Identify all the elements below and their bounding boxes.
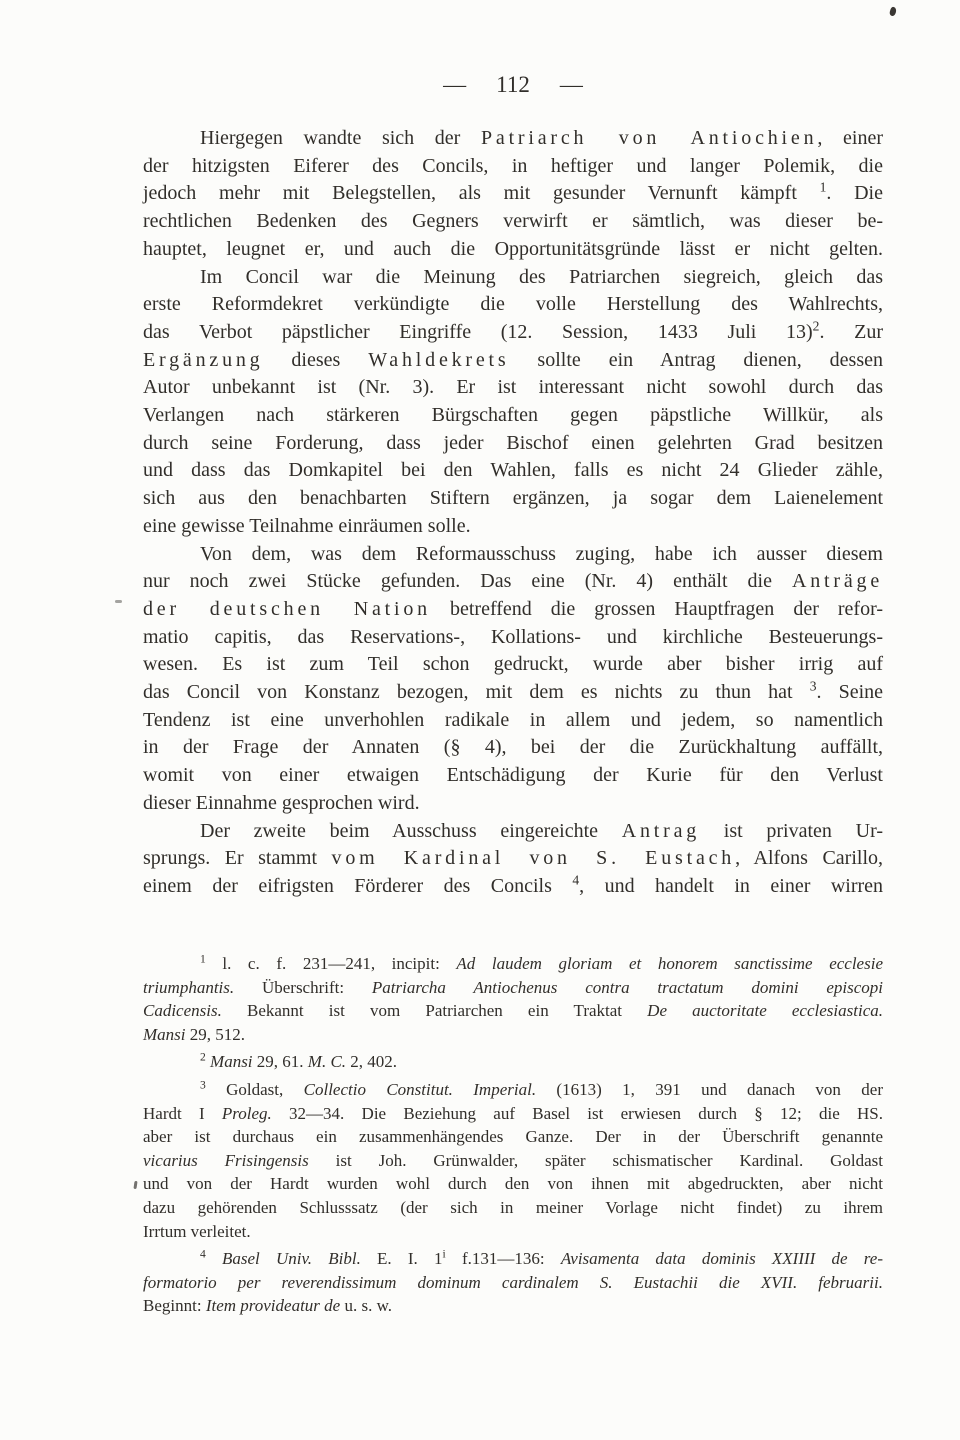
italic-text: vicarius Frisingensis xyxy=(143,1151,309,1170)
text-line: 4 Basel Univ. Bibl. E. I. 1i f.131—136: … xyxy=(143,1247,883,1271)
footnote: 4 Basel Univ. Bibl. E. I. 1i f.131—136: … xyxy=(143,1247,883,1318)
page-header: — 112 — xyxy=(143,72,883,98)
italic-text: Ad laudem gloriam et honorem sanctissime… xyxy=(456,954,883,973)
spaced-text: der deutschen Nation xyxy=(143,598,431,620)
footnote: 1 l. c. f. 231—241, incipit: Ad laudem g… xyxy=(143,952,883,1046)
italic-text: Patriarcha Antiochenus contra tractatum … xyxy=(372,978,883,997)
italic-text: Collectio Constitut. Imperial. xyxy=(304,1080,536,1099)
body-text: Hiergegen wandte sich der Patriarch von … xyxy=(143,125,883,901)
italic-text: formatorio per reverendissimum dominum c… xyxy=(143,1273,883,1292)
text-segment: dieses xyxy=(263,349,368,371)
text-segment: . Zur xyxy=(819,321,883,343)
spaced-text: vom Kardinal von S. Eustach xyxy=(332,847,736,869)
text-segment: wesen. Es ist zum Teil schon gedruckt, w… xyxy=(143,653,883,675)
text-line: Irrtum verleitet. xyxy=(143,1220,883,1244)
text-segment: Bekannt ist vom Patriarchen ein Traktat xyxy=(222,1001,647,1020)
text-line: wesen. Es ist zum Teil schon gedruckt, w… xyxy=(143,651,883,679)
text-segment: , Alfons Carillo, xyxy=(735,847,883,869)
spaced-text: Antrag xyxy=(622,820,700,842)
text-segment: und dass das Domkapitel bei den Wahlen, … xyxy=(143,459,883,481)
text-segment: aber ist durchaus ein zusammenhängendes … xyxy=(143,1127,883,1146)
spaced-text: Ergänzung xyxy=(143,349,263,371)
text-segment: dieser Einnahme gesprochen wird. xyxy=(143,792,420,814)
text-line: 1 l. c. f. 231—241, incipit: Ad laudem g… xyxy=(143,952,883,976)
spaced-text: Anträge xyxy=(792,570,883,592)
ink-speck xyxy=(889,6,897,16)
text-segment: und von der Hardt wurden wohl durch den … xyxy=(143,1174,883,1193)
text-line: Beginnt: Item provideatur de u. s. w. xyxy=(143,1294,883,1318)
paragraph: Hiergegen wandte sich der Patriarch von … xyxy=(143,125,883,264)
text-line: Der zweite beim Ausschuss eingereichte A… xyxy=(143,818,883,846)
ink-speck xyxy=(133,1181,137,1189)
italic-text: Item provideatur de xyxy=(206,1296,340,1315)
text-segment: eine gewisse Teilnahme einräumen solle. xyxy=(143,515,471,537)
spaced-text: Wahldekrets xyxy=(368,349,509,371)
text-line: sprungs. Er stammt vom Kardinal von S. E… xyxy=(143,845,883,873)
italic-text: Cadicensis. xyxy=(143,1001,222,1020)
text-segment: , einer xyxy=(817,127,883,149)
header-dash-left: — xyxy=(443,72,466,98)
text-line: der hitzigsten Eiferer des Concils, in h… xyxy=(143,153,883,181)
text-segment: u. s. w. xyxy=(340,1296,392,1315)
text-line: Autor unbekannt ist (Nr. 3). Er ist inte… xyxy=(143,374,883,402)
text-segment: 2, 402. xyxy=(346,1052,397,1071)
text-segment: sprungs. Er stammt xyxy=(143,847,332,869)
text-segment: das Concil von Konstanz bezogen, mit dem… xyxy=(143,681,810,703)
text-segment: nur noch zwei Stücke gefunden. Das eine … xyxy=(143,570,792,592)
text-segment: sich aus den benachbarten Stiftern ergän… xyxy=(143,487,883,509)
spaced-text: Patriarch von Antiochien xyxy=(481,127,817,149)
text-line: in der Frage der Annaten (§ 4), bei der … xyxy=(143,734,883,762)
italic-text: triumphantis. xyxy=(143,978,234,997)
text-line: und von der Hardt wurden wohl durch den … xyxy=(143,1172,883,1196)
header-dash-right: — xyxy=(560,72,583,98)
text-line: Hiergegen wandte sich der Patriarch von … xyxy=(143,125,883,153)
text-line: rechtlichen Bedenken des Gegners verwirf… xyxy=(143,208,883,236)
text-segment: (1613) 1, 391 und danach von der xyxy=(536,1080,883,1099)
text-segment: matio capitis, das Reservations-, Kollat… xyxy=(143,626,883,648)
text-line: Ergänzung dieses Wahldekrets sollte ein … xyxy=(143,347,883,375)
text-segment: durch seine Forderung, dass jeder Bischo… xyxy=(143,432,883,454)
italic-text: Avisamenta data dominis XXIIII de re- xyxy=(561,1249,883,1268)
text-segment: E. I. 1 xyxy=(361,1249,443,1268)
footnotes: 1 l. c. f. 231—241, incipit: Ad laudem g… xyxy=(143,952,883,1322)
text-line: Im Concil war die Meinung des Patriarche… xyxy=(143,264,883,292)
text-segment: l. c. f. 231—241, incipit: xyxy=(206,954,457,973)
text-segment: hauptet, leugnet er, und auch die Opport… xyxy=(143,238,883,260)
text-segment: in der Frage der Annaten (§ 4), bei der … xyxy=(143,736,883,758)
text-line: Hardt I Proleg. 32—34. Die Beziehung auf… xyxy=(143,1102,883,1126)
text-line: das Verbot päpstlicher Eingriffe (12. Se… xyxy=(143,319,883,347)
italic-text: M. C. xyxy=(308,1052,346,1071)
text-line: hauptet, leugnet er, und auch die Opport… xyxy=(143,236,883,264)
text-line: aber ist durchaus ein zusammenhängendes … xyxy=(143,1125,883,1149)
text-line: triumphantis. Überschrift: Patriarcha An… xyxy=(143,976,883,1000)
ink-speck xyxy=(115,600,122,603)
text-segment: Von dem, was dem Reformausschuss zuging,… xyxy=(200,543,883,565)
text-segment: . Seine xyxy=(816,681,883,703)
text-segment: Hiergegen wandte sich der xyxy=(200,127,481,149)
text-segment: erste Reformdekret verkündigte die volle… xyxy=(143,293,883,315)
text-segment: Tendenz ist eine unverhohlen radikale in… xyxy=(143,709,883,731)
text-line: 3 Goldast, Collectio Constitut. Imperial… xyxy=(143,1078,883,1102)
text-segment: Beginnt: xyxy=(143,1296,206,1315)
text-line: vicarius Frisingensis ist Joh. Grünwalde… xyxy=(143,1149,883,1173)
text-segment: einem der eifrigsten Förderer des Concil… xyxy=(143,875,572,897)
text-line: und dass das Domkapitel bei den Wahlen, … xyxy=(143,457,883,485)
text-segment: Irrtum verleitet. xyxy=(143,1222,251,1241)
text-segment xyxy=(206,1249,222,1268)
footnote: 2 Mansi 29, 61. M. C. 2, 402. xyxy=(143,1050,883,1074)
text-segment: f.131—136: xyxy=(446,1249,561,1268)
italic-text: De auctoritate ecclesiastica. xyxy=(647,1001,883,1020)
text-line: jedoch mehr mit Belegstellen, als mit ge… xyxy=(143,180,883,208)
text-line: dazu gehörenden Schlusssatz (der sich in… xyxy=(143,1196,883,1220)
italic-text: Mansi xyxy=(143,1025,186,1044)
superscript-marker: 4 xyxy=(200,1247,206,1260)
text-line: Tendenz ist eine unverhohlen radikale in… xyxy=(143,707,883,735)
text-line: einem der eifrigsten Förderer des Concil… xyxy=(143,873,883,901)
text-segment: Autor unbekannt ist (Nr. 3). Er ist inte… xyxy=(143,376,883,398)
text-line: Verlangen nach stärkeren Bürgschaften ge… xyxy=(143,402,883,430)
text-segment: Im Concil war die Meinung des Patriarche… xyxy=(200,266,883,288)
text-segment: ist privaten Ur- xyxy=(700,820,883,842)
text-line: dieser Einnahme gesprochen wird. xyxy=(143,790,883,818)
superscript-marker: 2 xyxy=(200,1051,206,1064)
text-segment: Goldast, xyxy=(206,1080,304,1099)
paragraph: Der zweite beim Ausschuss eingereichte A… xyxy=(143,818,883,901)
text-segment: 29, 512. xyxy=(186,1025,246,1044)
italic-text: Mansi xyxy=(210,1052,253,1071)
text-line: Von dem, was dem Reformausschuss zuging,… xyxy=(143,541,883,569)
text-line: womit von einer etwaigen Entschädigung d… xyxy=(143,762,883,790)
scanned-page: — 112 — Hiergegen wandte sich der Patria… xyxy=(0,0,960,1440)
text-line: Cadicensis. Bekannt ist vom Patriarchen … xyxy=(143,999,883,1023)
text-segment: , und handelt in einer wirren xyxy=(579,875,883,897)
text-segment: womit von einer etwaigen Entschädigung d… xyxy=(143,764,883,786)
italic-text: Proleg. xyxy=(222,1104,272,1123)
text-segment: 29, 61. xyxy=(253,1052,308,1071)
paragraph: Von dem, was dem Reformausschuss zuging,… xyxy=(143,541,883,818)
text-line: durch seine Forderung, dass jeder Bischo… xyxy=(143,430,883,458)
text-segment: 32—34. Die Beziehung auf Basel ist erwie… xyxy=(272,1104,883,1123)
text-segment: Hardt I xyxy=(143,1104,222,1123)
text-line: der deutschen Nation betreffend die gros… xyxy=(143,596,883,624)
text-segment: jedoch mehr mit Belegstellen, als mit ge… xyxy=(143,182,820,204)
text-segment: betreffend die grossen Hauptfragen der r… xyxy=(431,598,883,620)
text-segment: Der zweite beim Ausschuss eingereichte xyxy=(200,820,622,842)
text-segment: Verlangen nach stärkeren Bürgschaften ge… xyxy=(143,404,883,426)
text-segment: ist Joh. Grünwalder, später schismatisch… xyxy=(309,1151,883,1170)
italic-text: Basel Univ. Bibl. xyxy=(222,1249,361,1268)
text-segment: rechtlichen Bedenken des Gegners verwirf… xyxy=(143,210,883,232)
text-line: formatorio per reverendissimum dominum c… xyxy=(143,1271,883,1295)
text-segment: das Verbot päpstlicher Eingriffe (12. Se… xyxy=(143,321,813,343)
text-segment: sollte ein Antrag dienen, dessen xyxy=(510,349,884,371)
text-segment: Überschrift: xyxy=(234,978,372,997)
text-line: 2 Mansi 29, 61. M. C. 2, 402. xyxy=(143,1050,883,1074)
text-line: das Concil von Konstanz bezogen, mit dem… xyxy=(143,679,883,707)
text-segment: dazu gehörenden Schlusssatz (der sich in… xyxy=(143,1198,883,1217)
text-line: matio capitis, das Reservations-, Kollat… xyxy=(143,624,883,652)
paragraph: Im Concil war die Meinung des Patriarche… xyxy=(143,264,883,541)
text-segment: der hitzigsten Eiferer des Concils, in h… xyxy=(143,155,883,177)
text-segment: . Die xyxy=(826,182,883,204)
footnote: 3 Goldast, Collectio Constitut. Imperial… xyxy=(143,1078,883,1243)
text-line: erste Reformdekret verkündigte die volle… xyxy=(143,291,883,319)
text-line: nur noch zwei Stücke gefunden. Das eine … xyxy=(143,568,883,596)
text-line: Mansi 29, 512. xyxy=(143,1023,883,1047)
text-line: sich aus den benachbarten Stiftern ergän… xyxy=(143,485,883,513)
page-number: 112 xyxy=(496,72,530,98)
text-line: eine gewisse Teilnahme einräumen solle. xyxy=(143,513,883,541)
